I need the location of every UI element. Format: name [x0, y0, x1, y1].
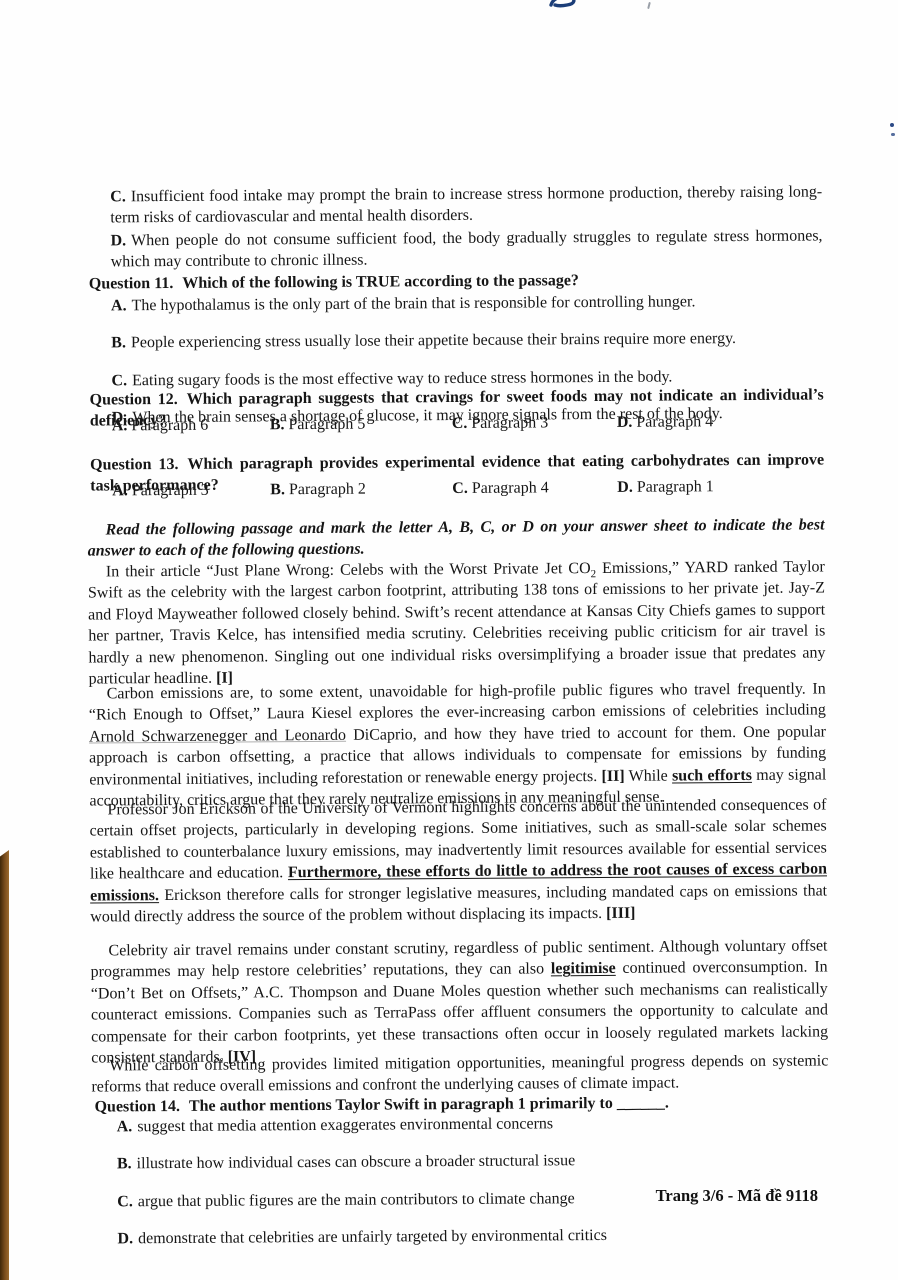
option-letter: C.	[452, 415, 468, 432]
option-letter: C.	[111, 372, 127, 389]
scan-speck-icon	[647, 2, 651, 9]
ink-dot-icon	[891, 133, 895, 136]
page-content: C.Insufficient food intake may prompt th…	[85, 160, 822, 165]
option-text: The hypothalamus is the only part of the…	[131, 293, 695, 314]
section-instruction: Read the following passage and mark the …	[87, 514, 824, 562]
option-letter: D.	[617, 414, 633, 431]
option-text: Paragraph 2	[289, 481, 366, 499]
option-letter: A.	[112, 482, 128, 499]
answer-option: D.demonstrate that celebrities are unfai…	[92, 1224, 829, 1251]
option-text: Paragraph 3	[471, 414, 548, 432]
question-number: Question 13.	[90, 456, 178, 474]
option-text: Insufficient food intake may prompt the …	[110, 183, 822, 226]
option-letter: A.	[117, 1118, 133, 1135]
scan-edge-strip	[0, 850, 9, 1280]
option-text: Paragraph 6	[131, 417, 208, 435]
option-letter: B.	[270, 416, 285, 433]
pen-stroke-icon	[546, 0, 582, 14]
passage-paragraph-5: While carbon offsetting provides limited…	[91, 1050, 828, 1098]
option-text: Paragraph 4	[472, 479, 549, 497]
option-letter: A.	[111, 297, 127, 314]
answer-option: B.Paragraph 2	[270, 478, 452, 501]
answer-option: B.illustrate how individual cases can ob…	[92, 1149, 829, 1176]
passage-paragraph-2: Carbon emissions are, to some extent, un…	[89, 678, 827, 812]
passage-paragraph-4: Celebrity air travel remains under const…	[90, 935, 828, 1069]
option-text: Paragraph 5	[288, 416, 365, 434]
answer-option: D.Paragraph 1	[617, 475, 824, 498]
option-text: Paragraph 1	[637, 478, 714, 496]
option-letter: A.	[112, 417, 128, 434]
answer-option: D.Paragraph 4	[617, 410, 824, 433]
question-12-options: A.Paragraph 6 B.Paragraph 5 C.Paragraph …	[87, 410, 824, 437]
option-text: People experiencing stress usually lose …	[131, 330, 736, 351]
option-letter: C.	[110, 188, 126, 205]
option-letter: B.	[111, 335, 126, 352]
option-text: Paragraph 4	[636, 413, 713, 431]
answer-option: B.People experiencing stress usually los…	[86, 328, 823, 355]
option-text: Paragraph 3	[132, 482, 209, 500]
option-letter: B.	[117, 1156, 132, 1173]
option-letter: D.	[617, 479, 633, 496]
answer-option: C.Paragraph 4	[452, 477, 617, 500]
option-text: demonstrate that celebrities are unfairl…	[138, 1227, 607, 1247]
page-footer: Trang 3/6 - Mã đề 9118	[85, 1186, 818, 1206]
option-text: suggest that media attention exaggerates…	[137, 1115, 553, 1135]
option-text: When people do not consume sufficient fo…	[111, 227, 823, 270]
answer-option: A.Paragraph 6	[112, 414, 270, 437]
option-letter: B.	[270, 481, 285, 498]
option-letter: C.	[452, 480, 468, 497]
option-text: illustrate how individual cases can obsc…	[137, 1153, 576, 1173]
scanned-exam-page: C.Insufficient food intake may prompt th…	[0, 0, 898, 1280]
ink-dot-icon	[890, 123, 894, 127]
question-number: Question 12.	[90, 391, 178, 409]
question-13-options: A.Paragraph 3 B.Paragraph 2 C.Paragraph …	[87, 475, 824, 502]
answer-option: A.Paragraph 3	[112, 479, 270, 502]
answer-option-c: C.Insufficient food intake may prompt th…	[85, 181, 822, 229]
answer-option: A.The hypothalamus is the only part of t…	[86, 290, 823, 317]
option-letter: D.	[110, 232, 126, 249]
answer-option: B.Paragraph 5	[270, 413, 452, 436]
passage-paragraph-1: In their article “Just Plane Wrong: Cele…	[88, 556, 826, 690]
passage-paragraph-3: Professor Jon Erickson of the University…	[89, 794, 827, 928]
question-14-options: A.suggest that media attention exaggerat…	[92, 1095, 830, 1251]
option-letter: D.	[117, 1230, 133, 1247]
answer-option: A.suggest that media attention exaggerat…	[92, 1111, 829, 1138]
answer-option: C.Paragraph 3	[452, 412, 617, 435]
answer-option-d: D.When people do not consume sufficient …	[85, 225, 822, 273]
